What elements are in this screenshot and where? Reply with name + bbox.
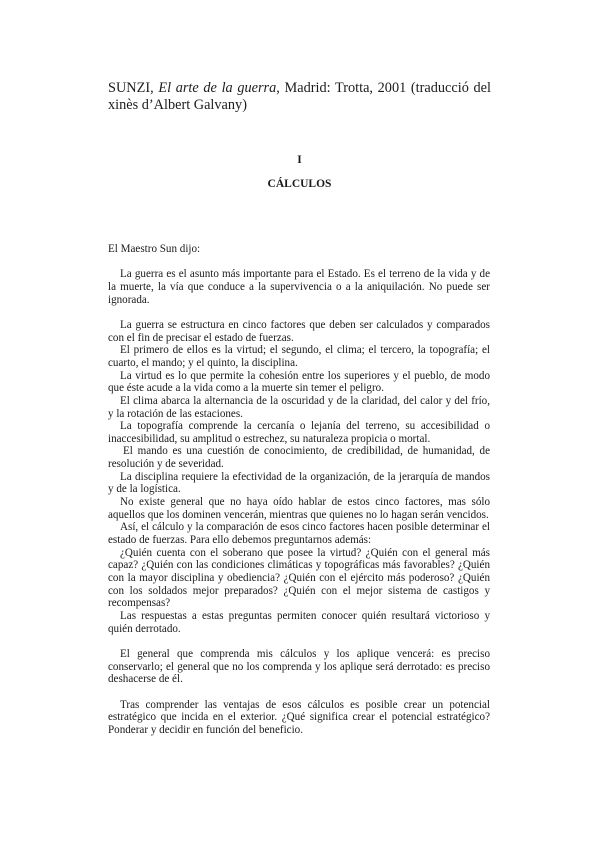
intro-line: El Maestro Sun dijo:: [108, 243, 490, 256]
chapter-number: I: [0, 153, 599, 167]
citation-author: SUNZI,: [108, 80, 158, 96]
paragraph: No existe general que no haya oído habla…: [108, 496, 490, 521]
paragraph: Tras comprender las ventajas de esos cál…: [108, 699, 490, 737]
paragraph: ¿Quién cuenta con el soberano que posee …: [108, 547, 490, 610]
paragraph: La disciplina requiere la efectividad de…: [108, 471, 490, 496]
bibliographic-citation: SUNZI, El arte de la guerra, Madrid: Tro…: [108, 80, 491, 114]
paragraph: El clima abarca la alternancia de la osc…: [108, 395, 490, 420]
paragraph: Así, el cálculo y la comparación de esos…: [108, 521, 490, 546]
paragraph: La guerra es el asunto más importante pa…: [108, 268, 490, 306]
citation-title: El arte de la guerra: [158, 80, 276, 96]
paragraph: La virtud es lo que permite la cohesión …: [108, 370, 490, 395]
paragraph: El general que comprenda mis cálculos y …: [108, 648, 490, 686]
paragraph: Las respuestas a estas preguntas permite…: [108, 610, 490, 635]
paragraph: El mando es una cuestión de conocimiento…: [108, 445, 490, 470]
chapter-body: El Maestro Sun dijo: La guerra es el asu…: [108, 243, 490, 737]
chapter-title: CÁLCULOS: [0, 177, 599, 191]
paragraph: La guerra se estructura en cinco factore…: [108, 319, 490, 344]
document-page: SUNZI, El arte de la guerra, Madrid: Tro…: [0, 0, 599, 848]
paragraph: El primero de ellos es la virtud; el seg…: [108, 344, 490, 369]
paragraph: La topografía comprende la cercanía o le…: [108, 420, 490, 445]
